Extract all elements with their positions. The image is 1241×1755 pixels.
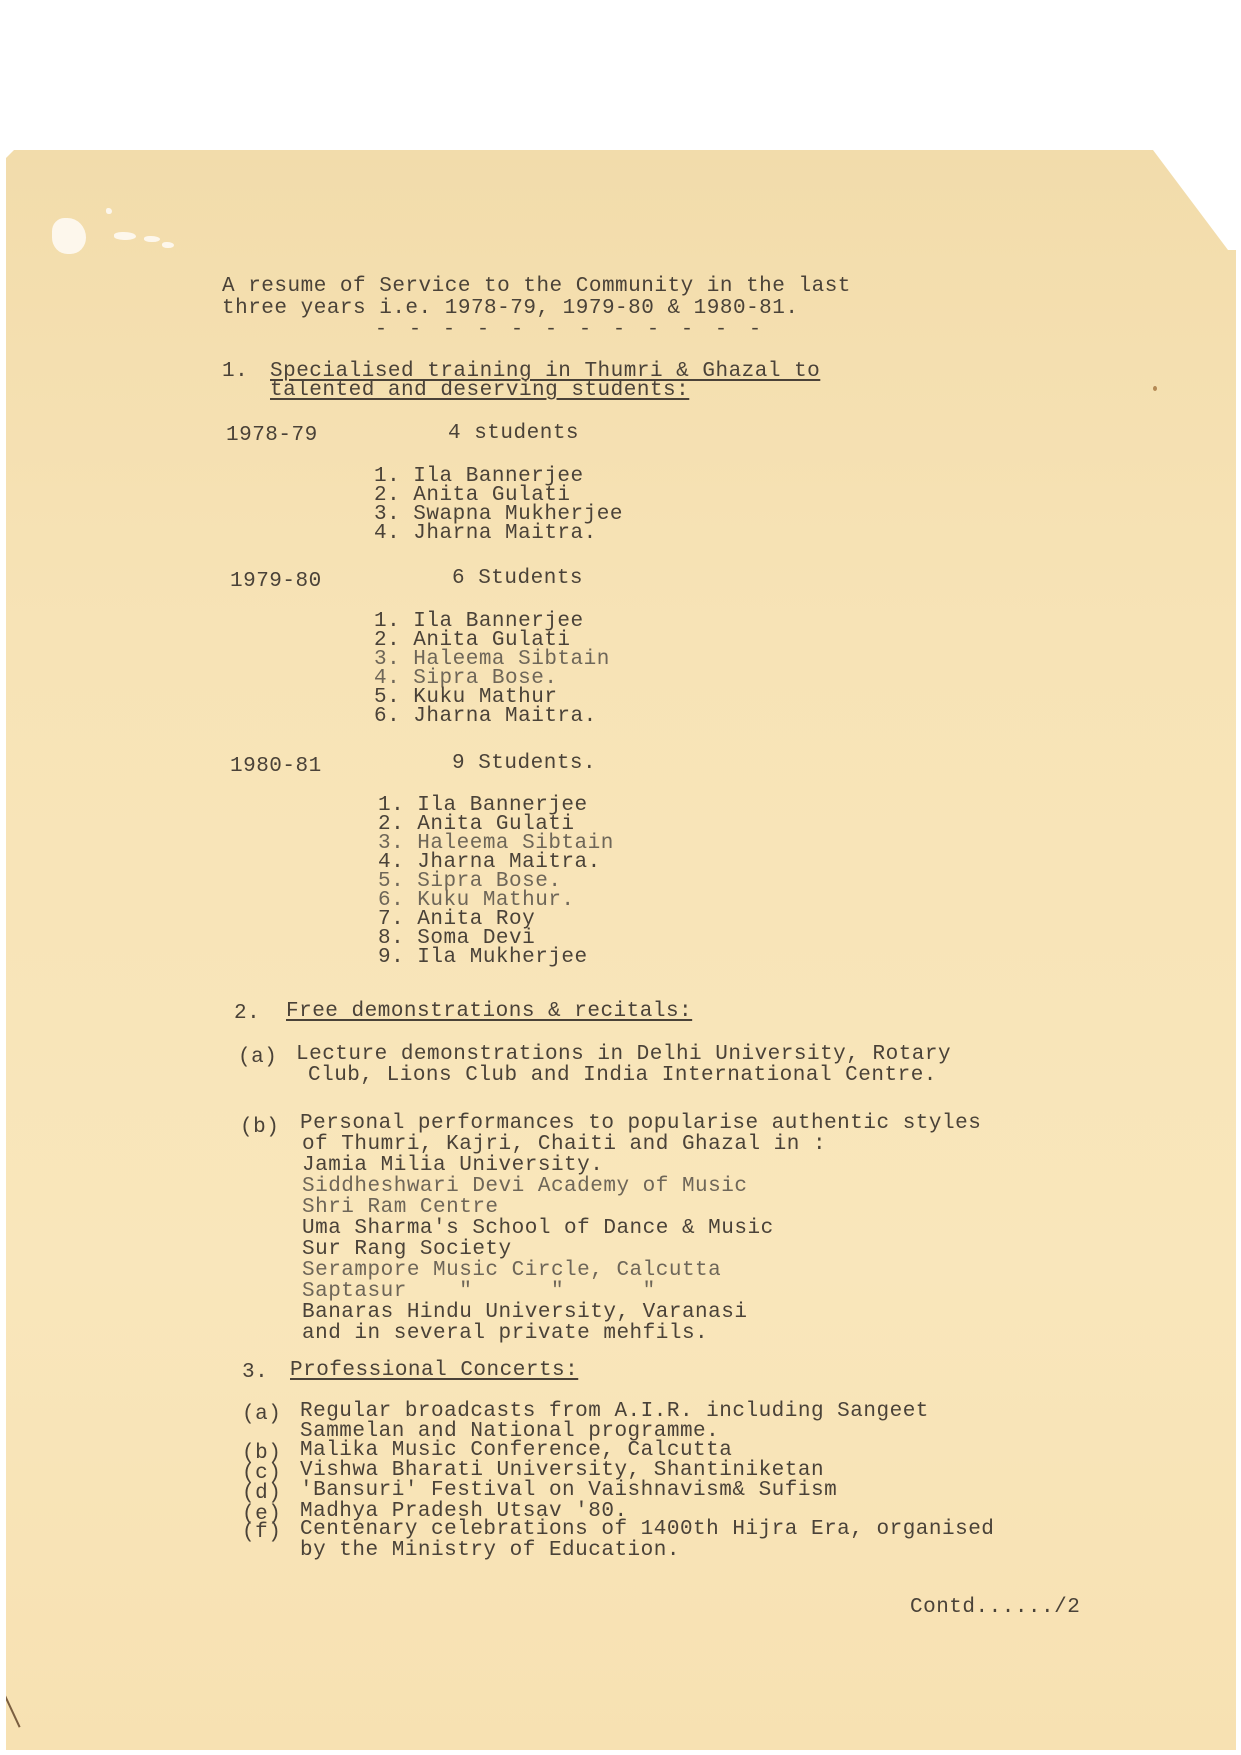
item-line: Saptasur " " " — [302, 1281, 656, 1302]
item-line: and in several private mehfils. — [302, 1323, 708, 1344]
document-title-line-2: three years i.e. 1978-79, 1979-80 & 1980… — [222, 298, 799, 319]
item-line: Malika Music Conference, Calcutta — [300, 1440, 732, 1461]
paper-crease — [0, 1672, 21, 1727]
item-line: Shri Ram Centre — [302, 1197, 499, 1218]
title-separator: - - - - - - - - - - - - — [375, 318, 766, 341]
item-line: Jamia Milia University. — [302, 1155, 603, 1176]
document-title-line-1: A resume of Service to the Community in … — [222, 276, 851, 297]
student-count: 9 Students. — [452, 753, 596, 774]
list-item: 9. Ila Mukherjee — [378, 947, 588, 968]
stain-spot — [1153, 386, 1157, 391]
section-3-number: 3. — [242, 1362, 268, 1383]
year-label: 1979-80 — [230, 571, 322, 592]
item-label: (f) — [242, 1522, 281, 1543]
item-line: Banaras Hindu University, Varanasi — [302, 1302, 747, 1323]
item-line: Vishwa Bharati University, Shantiniketan — [300, 1460, 824, 1481]
item-line: Uma Sharma's School of Dance & Music — [302, 1218, 774, 1239]
item-label: (b) — [240, 1117, 279, 1138]
section-1-number: 1. — [222, 361, 248, 382]
item-label: (d) — [242, 1483, 281, 1504]
paper-tear — [144, 236, 160, 242]
item-line: 'Bansuri' Festival on Vaishnavism& Sufis… — [300, 1480, 837, 1501]
year-label: 1980-81 — [230, 756, 322, 777]
item-line: Regular broadcasts from A.I.R. including… — [300, 1401, 929, 1422]
year-label: 1978-79 — [226, 425, 318, 446]
paper-tear — [162, 242, 174, 248]
item-line: Personal performances to popularise auth… — [300, 1113, 981, 1134]
item-label: (a) — [238, 1047, 277, 1068]
student-count: 4 students — [448, 423, 579, 444]
section-2-number: 2. — [234, 1003, 260, 1024]
item-line: Siddheshwari Devi Academy of Music — [302, 1176, 747, 1197]
paper-tear — [106, 208, 112, 214]
item-label: (a) — [242, 1404, 281, 1425]
item-line: Serampore Music Circle, Calcutta — [302, 1260, 721, 1281]
item-line: Club, Lions Club and India International… — [308, 1065, 937, 1086]
section-1-heading-line-2: talented and deserving students: — [270, 380, 689, 401]
item-line: Lecture demonstrations in Delhi Universi… — [296, 1044, 951, 1065]
list-item: 4. Jharna Maitra. — [374, 523, 597, 544]
student-count: 6 Students — [452, 568, 583, 589]
section-2-heading: Free demonstrations & recitals: — [286, 1001, 692, 1022]
paper-tear — [52, 218, 86, 254]
item-line: by the Ministry of Education. — [300, 1540, 680, 1561]
item-line: Sur Rang Society — [302, 1239, 512, 1260]
item-label: (b) — [242, 1443, 281, 1464]
continued-footer: Contd....../2 — [910, 1597, 1080, 1618]
section-3-heading: Professional Concerts: — [290, 1360, 578, 1381]
item-line: of Thumri, Kajri, Chaiti and Ghazal in : — [302, 1134, 826, 1155]
paper-tear — [114, 232, 136, 240]
list-item: 6. Jharna Maitra. — [374, 706, 597, 727]
item-line: Centenary celebrations of 1400th Hijra E… — [300, 1519, 994, 1540]
item-label: (c) — [242, 1463, 281, 1484]
